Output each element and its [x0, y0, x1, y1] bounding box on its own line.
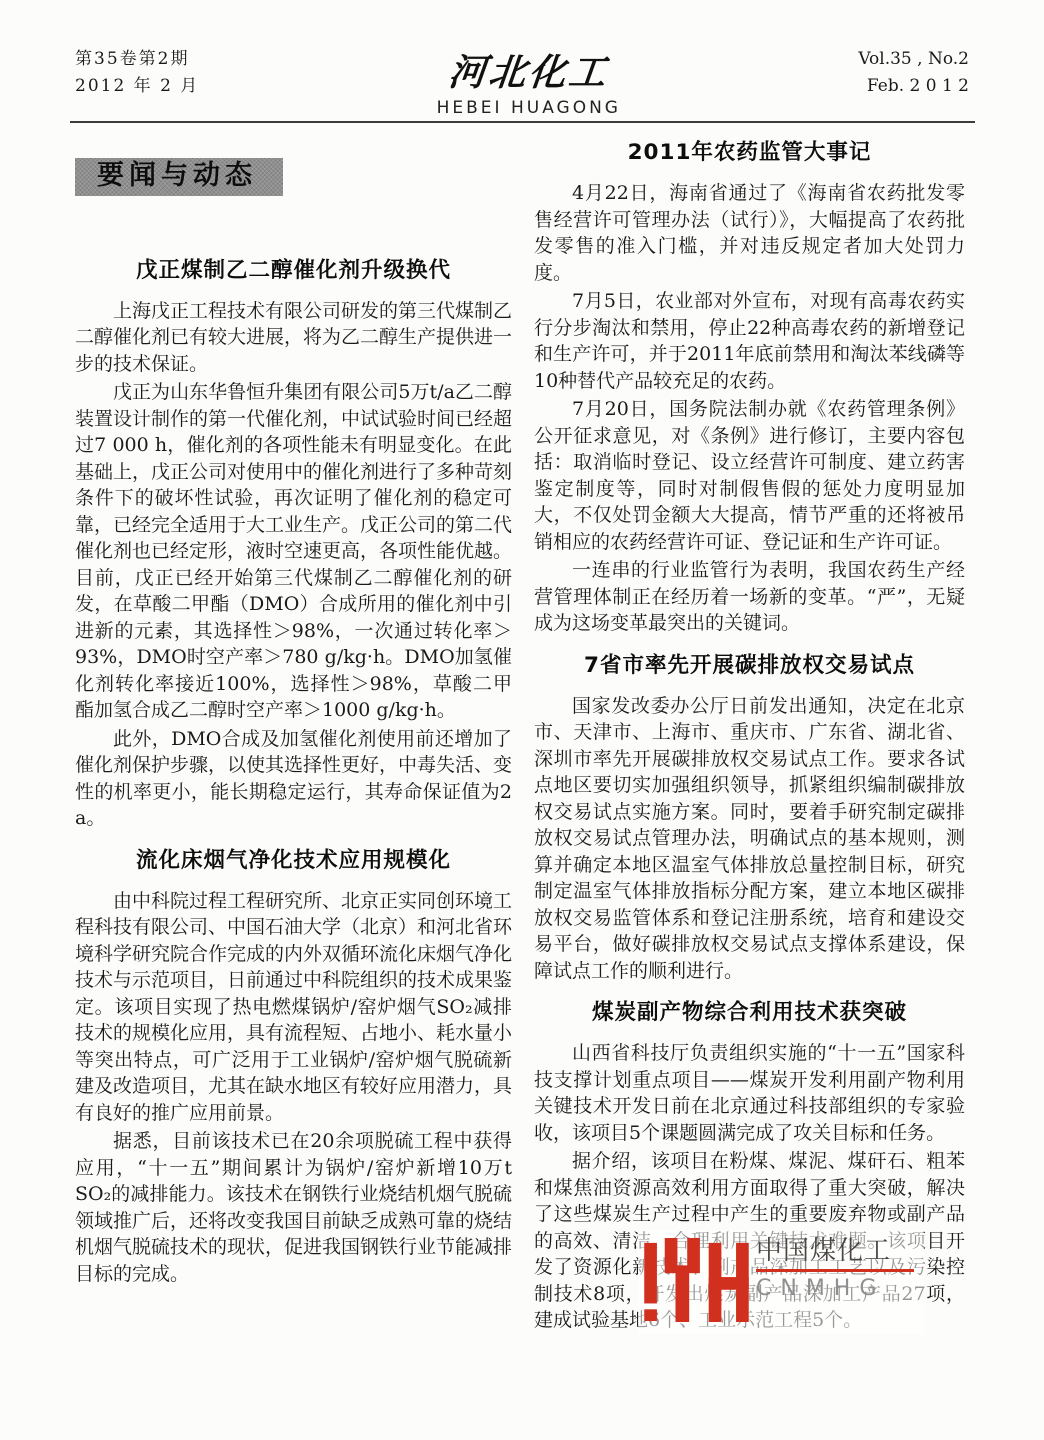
article-paragraph: 国家发改委办公厅日前发出通知，决定在北京市、天津市、上海市、重庆市、广东省、湖北…	[534, 693, 965, 985]
header-issue-info-en: Vol.35 , No.2 Feb. 2 0 1 2	[858, 46, 969, 100]
journal-logo-calligraphy: 河北化工	[434, 42, 624, 96]
article-paragraph: 上海戊正工程技术有限公司研发的第三代煤制乙二醇催化剂已有较大进展，将为乙二醇生产…	[75, 298, 512, 378]
watermark-underline	[756, 1269, 914, 1272]
article-title: 7省市率先开展碳排放权交易试点	[534, 651, 965, 681]
journal-scan-page: 第35卷第2期 2012 年 2 月 河北化工 HEBEI HUAGONG Vo…	[0, 0, 1044, 1440]
cnmhg-logo-icon	[642, 1238, 750, 1322]
article-paragraph: 由中科院过程工程研究所、北京正实同创环境工程科技有限公司、中国石油大学（北京）和…	[75, 888, 512, 1127]
article-title: 戊正煤制乙二醇催化剂升级换代	[75, 256, 512, 286]
article-paragraph: 据悉，目前该技术已在20余项脱硫工程中获得应用，“十一五”期间累计为锅炉/窑炉新…	[75, 1128, 512, 1287]
article-paragraph: 7月5日，农业部对外宣布，对现有高毒农药实行分步淘汰和禁用，停止22种高毒农药的…	[534, 288, 965, 394]
watermark-brand-cn: 中国煤化工	[756, 1236, 924, 1266]
article-title: 煤炭副产物综合利用技术获突破	[534, 998, 965, 1028]
page-header: 第35卷第2期 2012 年 2 月 河北化工 HEBEI HUAGONG Vo…	[75, 46, 969, 118]
date-cn: 2012 年 2 月	[75, 73, 199, 100]
volume-issue-en: Vol.35 , No.2	[858, 46, 969, 73]
article-paragraph: 4月22日，海南省通过了《海南省农药批发零售经营许可管理办法（试行）》，大幅提高…	[534, 180, 965, 286]
watermark-text-block: 中国煤化工 CNMHG	[756, 1230, 924, 1302]
article-paragraph: 7月20日，国务院法制办就《农药管理条例》公开征求意见，对《条例》进行修订，主要…	[534, 396, 965, 555]
right-column: 2011年农药监管大事记 4月22日，海南省通过了《海南省农药批发零售经营许可管…	[534, 124, 965, 1336]
journal-masthead: 河北化工 HEBEI HUAGONG	[437, 42, 621, 118]
article-paragraph: 一连串的行业监管行为表明，我国农药生产经营管理体制正在经历着一场新的变革。“严”…	[534, 557, 965, 637]
section-badge: 要闻与动态	[75, 158, 283, 196]
article-paragraph: 山西省科技厅负责组织实施的“十一五”国家科技支撑计划重点项目——煤炭开发利用副产…	[534, 1040, 965, 1146]
article-paragraph: 戊正为山东华鲁恒升集团有限公司5万t/a乙二醇装置设计制作的第一代催化剂，中试试…	[75, 379, 512, 724]
volume-issue-cn: 第35卷第2期	[75, 46, 199, 73]
header-issue-info-cn: 第35卷第2期 2012 年 2 月	[75, 46, 199, 100]
date-en: Feb. 2 0 1 2	[858, 73, 969, 100]
left-column: 要闻与动态 戊正煤制乙二醇催化剂升级换代 上海戊正工程技术有限公司研发的第三代煤…	[75, 158, 512, 1289]
article-title: 流化床烟气净化技术应用规模化	[75, 846, 512, 876]
article-paragraph: 此外，DMO合成及加氢催化剂使用前还增加了催化剂保护步骤，以使其选择性更好，中毒…	[75, 726, 512, 832]
journal-name-en: HEBEI HUAGONG	[437, 98, 621, 118]
cnmhg-watermark: 中国煤化工 CNMHG	[638, 1230, 924, 1334]
article-title: 2011年农药监管大事记	[534, 138, 965, 168]
watermark-brand-en: CNMHG	[756, 1276, 924, 1302]
header-divider	[70, 121, 975, 123]
